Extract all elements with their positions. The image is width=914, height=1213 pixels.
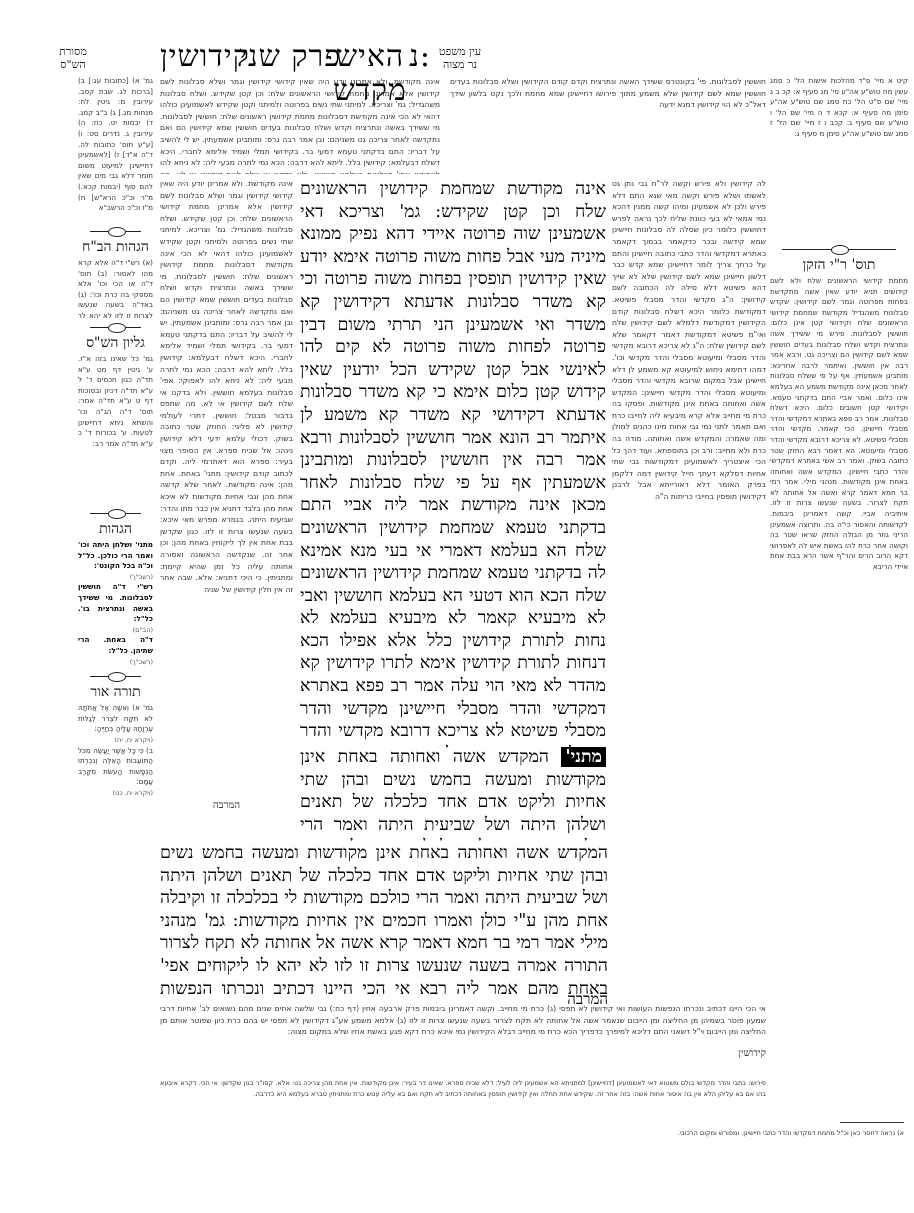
- ornament-divider: [90, 671, 141, 681]
- hagahot-item-source: (רשכ"ך): [78, 572, 153, 583]
- masoret-label-2: הש"ס: [48, 58, 98, 71]
- ein-mishpat-label-1: עין משפט: [430, 45, 490, 58]
- hagahot-item-text: ד"ה באחת. הרי שתיהן. כל"ל:: [78, 635, 153, 655]
- footnote: א) נראה דחסר כאן וכ"ל מחמת דמקדשי והדר כ…: [620, 1128, 904, 1139]
- tractate-title: קידושין: [160, 40, 220, 74]
- ornament-divider: [90, 508, 141, 518]
- rashi-end-note: המרבה: [160, 800, 293, 811]
- rashi-bottom-text: פירוש: בתבי והדר מקדשי בולם משטוא דאי לא…: [160, 1079, 766, 1098]
- tosafot-column: לה קידושין ולא פירש וקשה לר"ת גבי נתן גט…: [612, 178, 766, 998]
- rashi-top: אינה מקודשת. ולא אמרינן יודע היה שאין קי…: [160, 76, 440, 174]
- left-margin-sections: הגהות הב"ח (א) רש"י ד"ה אלא קרא מהו לאסו…: [78, 222, 153, 798]
- ornament-divider: [90, 322, 141, 332]
- hagahot-habach-title: הגהות הב"ח: [78, 238, 153, 256]
- ein-mishpat: קיט א מיי' פ"ד מהלכות אישות הל' כ סמג עש…: [770, 76, 908, 201]
- header-left-label: מסורת הש"ס: [48, 45, 98, 71]
- footnote-text: א) נראה דחסר כאן וכ"ל מחמת דמקדשי והדר כ…: [677, 1129, 904, 1137]
- rashi-top-text: אינה מקודשת. ולא אמרינן יודע היה שאין קי…: [160, 77, 440, 174]
- footnote-rule: [840, 1122, 904, 1123]
- tosafot-rid-title: תוס' ר"י הזקן: [770, 256, 908, 274]
- masoret-label-1: מסורת: [48, 45, 98, 58]
- hagahot-habach-text: (א) רש"י ד"ה אלא קרא מהו לאסור: (ב) תוס'…: [78, 258, 153, 318]
- tosafot-column-text: לה קידושין ולא פירש וקשה לר"ת גבי נתן גט…: [612, 179, 766, 501]
- torah-or-item: ב) כִּי כָּל אֲשֶׁר יַעֲשֶׂה מִכֹּל הַתּ…: [78, 746, 153, 799]
- tosafot-rid-section: תוס' ר"י הזקן מחמת קידושי הראשונים שלח ו…: [770, 240, 908, 1111]
- hagahot-item: מתני' ושלחן היתה וכו' ואמר הרי כולכן. כל…: [78, 540, 153, 582]
- masoret-hashas: גמ' א) [כתובות עג:] ב) [ברכות לג. שבת קס…: [78, 76, 153, 221]
- torah-or-verse: גמ' א) וְאִשָּׁה אֶל אֲחֹתָהּ לֹא תִקָּח…: [78, 703, 153, 735]
- gemara-text-upper: אינה מקודשת שמחמת קידושין הראשונים שלח ו…: [300, 178, 606, 748]
- ein-mishpat-text: קיט א מיי' פ"ד מהלכות אישות הל' כ סמג עש…: [770, 76, 908, 138]
- gemara-text-lower: המקדש אשה ואחותה באחת אינן מקודשות ומעשה…: [160, 842, 608, 1000]
- rashi-column-text: אינה מקודשת. ולא אמרינן יודע היה שאין קי…: [160, 179, 293, 594]
- hagahot-item-source: (רשכ"ך): [78, 657, 153, 668]
- page-catchword: קידושין: [160, 1048, 766, 1059]
- gemara-passage-2: המקדש אשה ואחותה באחת אינן מקודשות ומעשה…: [160, 843, 608, 1000]
- rashi-column: אינה מקודשת. ולא אמרינן יודע היה שאין קי…: [160, 178, 293, 818]
- torah-or-source: (ויקרא יח, יח): [78, 735, 153, 746]
- torah-or-source: (ויקרא יח, כט): [78, 788, 153, 799]
- hagahot-item: רש"י ד"ה חוששין לסבלונות. מי ששידך באשה …: [78, 582, 153, 635]
- hagahot-title: הגהות: [78, 520, 153, 538]
- hagahot-item: ד"ה באחת. הרי שתיהן. כל"ל: (רשכ"ך): [78, 635, 153, 667]
- hagahot-item-source: (הב"ם): [78, 625, 153, 636]
- torah-or-title: תורה אור: [78, 683, 153, 701]
- gilyon-hashas-title: גליון הש"ס: [78, 334, 153, 352]
- torah-or-verse: ב) כִּי כָּל אֲשֶׁר יַעֲשֶׂה מִכֹּל הַתּ…: [78, 746, 153, 788]
- tosafot-rid-text: מחמת קידושי הראשונים שלח ולא לשם קידושים…: [770, 276, 908, 1111]
- tosafot-top-text: חוששין לסבלונות. פי' בקונטרס ששידך האשה …: [450, 77, 766, 109]
- rashi-catchword: המרבה: [160, 800, 293, 811]
- header-right-label: עין משפט נר מצוה: [430, 45, 490, 71]
- hagahot-item-text: מתני' ושלחן היתה וכו' ואמר הרי כולכן. כל…: [78, 540, 153, 570]
- gemara-mishna-block: מתני' המקדש אשה ואחותה באחת אינן מקודשות…: [300, 746, 606, 841]
- gilyon-hashas-text: גמ' כל שאינו בזה א"ז. ע' גיטין דף מט ע"א…: [78, 354, 153, 504]
- ein-mishpat-label-2: נר מצוה: [430, 58, 490, 71]
- masoret-hashas-text: גמ' א) [כתובות עג:] ב) [ברכות לג. שבת קס…: [78, 76, 153, 212]
- tosafot-bottom-text: אי הכי היינו דכתיב ונכרתו הנפשות העושות …: [160, 1004, 766, 1036]
- hagahot-item-text: רש"י ד"ה חוששין לסבלונות. מי ששידך באשה …: [78, 582, 153, 623]
- ornament-divider: [90, 226, 141, 236]
- torah-or-item: גמ' א) וְאִשָּׁה אֶל אֲחֹתָהּ לֹא תִקָּח…: [78, 703, 153, 745]
- gemara-passage-1: אינה מקודשת שמחמת קידושין הראשונים שלח ו…: [300, 179, 606, 748]
- ornament-divider: [782, 244, 896, 254]
- tosafot-top: חוששין לסבלונות. פי' בקונטרס ששידך האשה …: [450, 76, 766, 174]
- rashi-bottom: פירוש: בתבי והדר מקדשי בולם משטוא דאי לא…: [160, 1078, 766, 1104]
- mishna-marker: מתני': [561, 747, 606, 767]
